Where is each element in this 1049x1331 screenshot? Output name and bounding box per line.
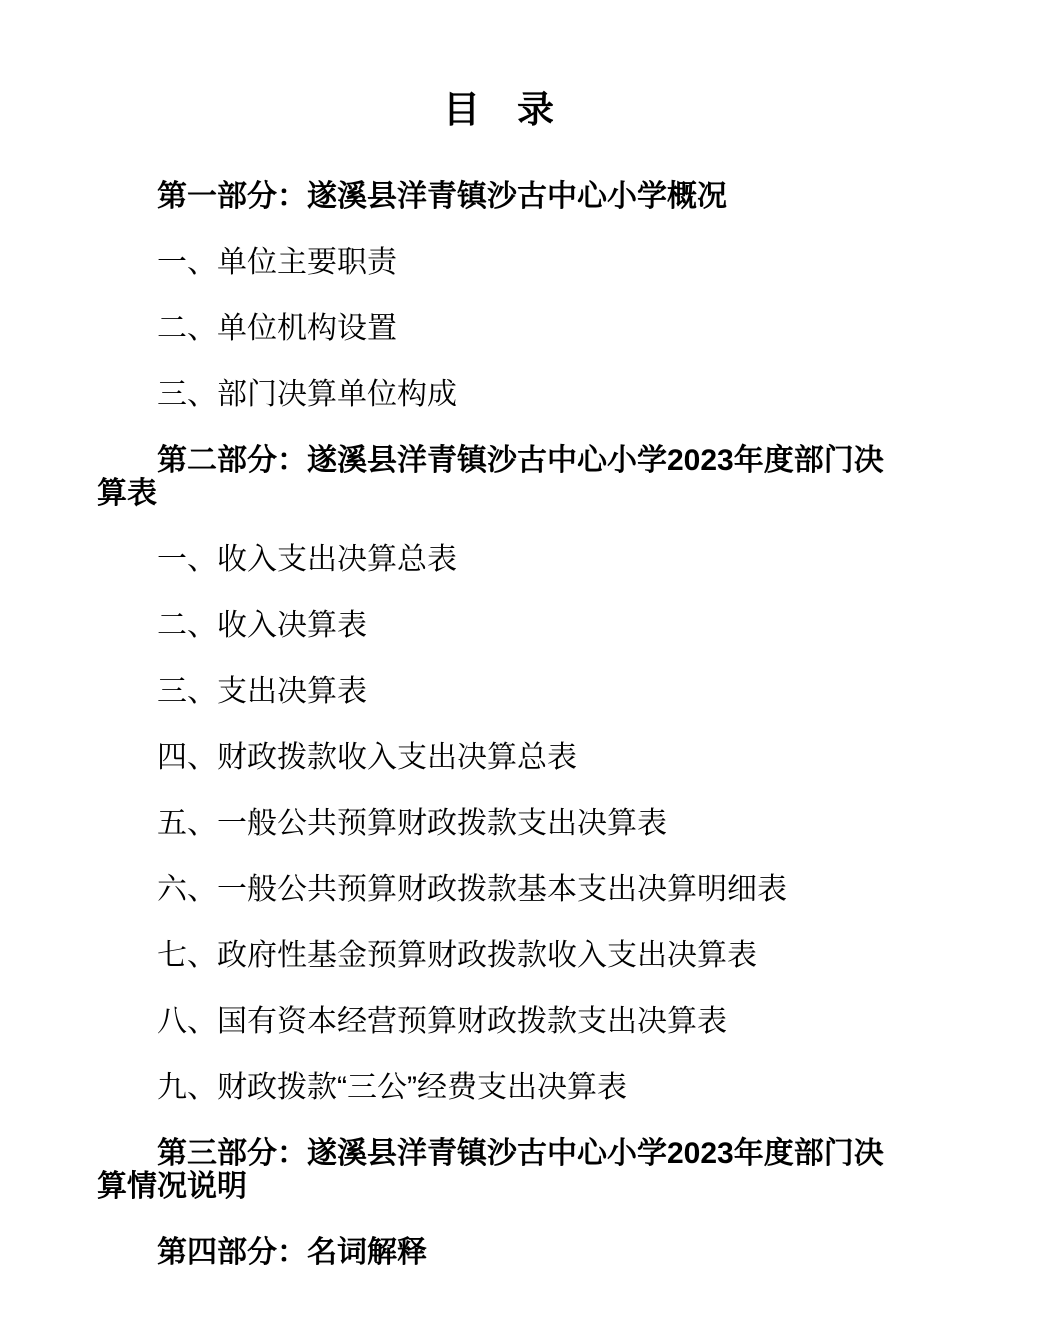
toc-item: 八、国有资本经营预算财政拨款支出决算表 — [97, 1005, 900, 1038]
toc-item: 三、部门决算单位构成 — [97, 378, 900, 411]
section-heading-part4: 第四部分：名词解释 — [97, 1236, 900, 1269]
toc-item: 二、单位机构设置 — [97, 312, 900, 345]
section-heading-part3: 第三部分：遂溪县洋青镇沙古中心小学2023年度部门决算情况说明 — [97, 1137, 900, 1203]
toc-item: 七、政府性基金预算财政拨款收入支出决算表 — [97, 939, 900, 972]
toc-content: 目 录 第一部分：遂溪县洋青镇沙古中心小学概况 一、单位主要职责 二、单位机构设… — [97, 90, 900, 1269]
toc-item: 六、一般公共预算财政拨款基本支出决算明细表 — [97, 873, 900, 906]
toc-item: 三、支出决算表 — [97, 675, 900, 708]
toc-item: 四、财政拨款收入支出决算总表 — [97, 741, 900, 774]
toc-item: 一、单位主要职责 — [97, 246, 900, 279]
page-title: 目 录 — [97, 90, 900, 130]
toc-item: 二、收入决算表 — [97, 609, 900, 642]
document-page: 目 录 第一部分：遂溪县洋青镇沙古中心小学概况 一、单位主要职责 二、单位机构设… — [0, 0, 1049, 1331]
toc-item: 五、一般公共预算财政拨款支出决算表 — [97, 807, 900, 840]
section-heading-part1: 第一部分：遂溪县洋青镇沙古中心小学概况 — [97, 180, 900, 213]
section-heading-part2: 第二部分：遂溪县洋青镇沙古中心小学2023年度部门决算表 — [97, 444, 900, 510]
toc-item: 一、收入支出决算总表 — [97, 543, 900, 576]
toc-item: 九、财政拨款“三公”经费支出决算表 — [97, 1071, 900, 1104]
